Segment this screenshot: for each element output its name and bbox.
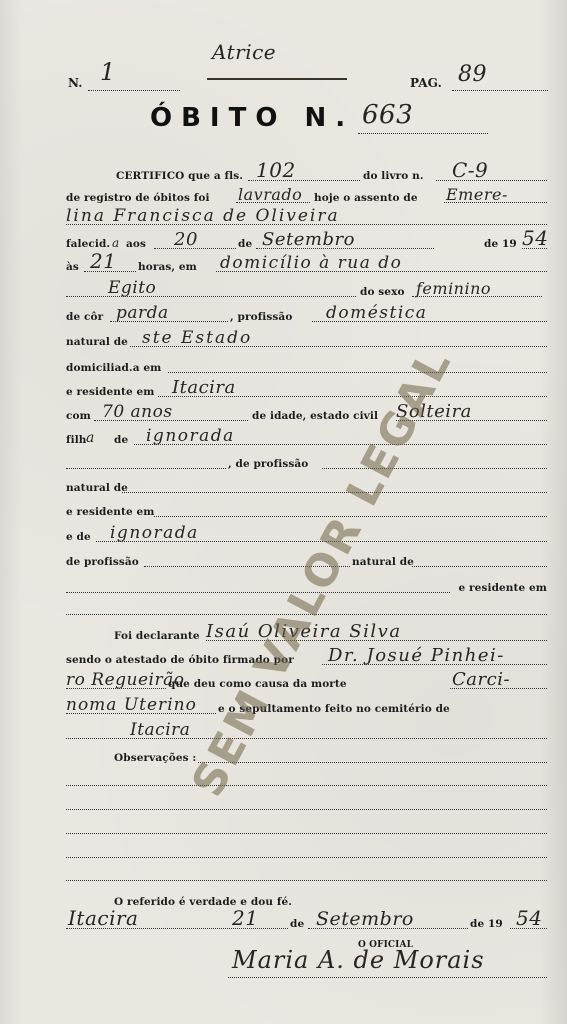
father-value: ignorada — [146, 426, 235, 446]
line-fls-livro: CERTIFICO que a fls. 102 do livro n. C-9 — [66, 164, 547, 184]
line-residente-pai: e residente em — [66, 500, 547, 520]
closing-year: 54 — [516, 906, 542, 930]
declarante-label: Foi declarante — [114, 630, 200, 642]
blank-dots — [66, 614, 547, 615]
line-natural: natural de ste Estado — [66, 330, 547, 350]
atestado-label: sendo o atestado de óbito firmado por — [66, 654, 294, 666]
causa-start: Carci- — [452, 669, 510, 690]
line-mae: e de ignorada — [66, 525, 547, 545]
number-dots — [88, 90, 180, 91]
age-value: 70 anos — [102, 402, 173, 422]
filha-de-label: de — [114, 434, 128, 446]
registro-label: de registro de óbitos foi — [66, 192, 210, 204]
falecida-suffix: a — [112, 236, 120, 250]
mae-label: e de — [66, 531, 91, 543]
line-residente: e residente em Itacira — [66, 380, 547, 400]
page-value: 89 — [458, 62, 487, 87]
causa-cont: noma Uterino — [66, 695, 197, 715]
profissao-pai-dots — [322, 468, 547, 469]
death-month: Setembro — [262, 229, 355, 250]
obito-dots — [358, 133, 488, 134]
obs-dots-2 — [66, 809, 547, 810]
observacoes-dots — [198, 762, 547, 763]
observacoes-label: Observações : — [114, 752, 196, 764]
civil-value: Solteira — [396, 401, 472, 422]
page-dots — [452, 90, 548, 91]
signature-dots — [228, 977, 547, 978]
livro-value: C-9 — [452, 158, 488, 182]
de-label: de — [238, 238, 252, 250]
line-name: lina Francisca de Oliveira — [66, 208, 547, 228]
residente-value: Itacira — [172, 377, 236, 398]
closing-day: 21 — [232, 906, 258, 930]
number-label: N. — [68, 76, 83, 90]
horas-label: horas, em — [138, 261, 197, 273]
line-sexo: Egito do sexo feminino — [66, 280, 547, 300]
domiciliada-label: domiciliad.a em — [66, 362, 161, 374]
obito-number: 663 — [362, 100, 413, 130]
filha-suffix: a — [86, 430, 95, 446]
aos-label: aos — [126, 238, 146, 250]
line-causa: ro Regueirão que deu como causa da morte… — [66, 672, 547, 692]
line-observacoes: Observações : — [66, 746, 547, 766]
physician-value: Dr. Josué Pinhei- — [328, 645, 505, 666]
line-closing-date: Itacira 21 de Setembro de 19 54 — [66, 912, 547, 932]
line-cemiterio: Itacira — [66, 722, 547, 742]
declarante-value: Isaú Oliveira Silva — [206, 621, 402, 642]
as-label: às — [66, 261, 79, 273]
line-idade: com 70 anos de idade, estado civil Solte… — [66, 404, 547, 424]
line-profissao-mae: de profissão natural de — [66, 550, 547, 570]
deceased-name: lina Francisca de Oliveira — [66, 206, 340, 226]
line-profissao-pai: , de profissão — [66, 452, 547, 472]
cemiterio-value: Itacira — [130, 720, 190, 740]
death-year: 54 — [522, 226, 548, 250]
closing-year-label: de 19 — [470, 918, 503, 930]
causa-label: que deu como causa da morte — [168, 678, 347, 690]
natural-pai-dots — [122, 492, 547, 493]
number-value: 1 — [100, 58, 116, 86]
idade-label: de idade, estado civil — [252, 410, 378, 422]
official-signature: Maria A. de Morais — [232, 946, 485, 974]
obs-dots-3 — [66, 833, 547, 834]
sexo-label: do sexo — [360, 286, 405, 298]
line-obs-4 — [66, 841, 547, 861]
sepultamento-label: e o sepultamento feito no cemitério de — [218, 703, 450, 715]
death-place-cont: Egito — [108, 278, 156, 298]
closing-month: Setembro — [316, 908, 414, 930]
sexo-value: feminino — [416, 279, 491, 298]
profissao-mae-dots — [144, 566, 350, 567]
death-certificate-page: Atrice N. 1 PAG. 89 ÓBITO N. 663 CERTIFI… — [0, 0, 567, 1024]
line-domiciliada: domiciliad.a em — [66, 356, 547, 376]
line-filha: filh a de ignorada — [66, 428, 547, 448]
obs-dots-5 — [66, 880, 547, 881]
line-declarante: Foi declarante Isaú Oliveira Silva — [66, 624, 547, 644]
line-registro: de registro de óbitos foi lavrado hoje o… — [66, 186, 547, 206]
residente-label: e residente em — [66, 386, 154, 398]
status-value: lavrado — [238, 185, 302, 204]
line-sepultamento: noma Uterino e o sepultamento feito no c… — [66, 697, 547, 717]
certifico-label: CERTIFICO que a fls. — [116, 170, 243, 182]
line-obs-3 — [66, 817, 547, 837]
natural-value: ste Estado — [142, 328, 252, 348]
domiciliada-dots — [168, 372, 547, 373]
book-underline — [207, 78, 347, 80]
line-obs-1 — [66, 769, 547, 789]
line-blank-1 — [66, 598, 547, 618]
natural-label: natural de — [66, 336, 128, 348]
line-cor-profissao: de côr parda , profissão doméstica — [66, 305, 547, 325]
obito-title: ÓBITO N. — [150, 103, 354, 133]
assento-label: hoje o assento de — [314, 192, 418, 204]
residente-pai-dots — [154, 516, 547, 517]
parent-name-dots — [66, 468, 226, 469]
obs-dots-4 — [66, 857, 547, 858]
name-start: Emere- — [446, 185, 508, 204]
closing-statement: O referido é verdade e dou fé. — [114, 896, 292, 908]
fls-value: 102 — [256, 158, 296, 182]
line-atestado: sendo o atestado de óbito firmado por Dr… — [66, 648, 547, 668]
death-place: domicílio à rua do — [220, 253, 402, 273]
profissao-value: doméstica — [326, 303, 427, 323]
natural-mae-dots — [412, 566, 547, 567]
death-hour: 21 — [90, 249, 116, 273]
filha-label: filh — [66, 434, 87, 446]
cor-label: de côr — [66, 311, 103, 323]
physician-cont: ro Regueirão — [66, 670, 184, 690]
natural-mae-label: natural de — [352, 556, 414, 568]
line-obs-5 — [66, 864, 547, 884]
livro-label: do livro n. — [363, 170, 424, 182]
line-residente-mae: e residente em — [66, 576, 547, 596]
line-obs-2 — [66, 793, 547, 813]
residente-mae-label: e residente em — [459, 582, 547, 594]
obs-dots-1 — [66, 785, 547, 786]
line-natural-pai: natural de — [66, 476, 547, 496]
cor-value: parda — [116, 303, 169, 323]
com-label: com — [66, 410, 91, 422]
year-label: de 19 — [484, 238, 517, 250]
line-falecida: falecid. a aos 20 de Setembro de 19 54 — [66, 232, 547, 252]
residente-pai-label: e residente em — [66, 506, 154, 518]
death-day: 20 — [174, 229, 198, 250]
page-label: PAG. — [410, 76, 442, 90]
closing-city: Itacira — [68, 906, 138, 930]
mother-value: ignorada — [110, 523, 199, 543]
profissao-label: , profissão — [230, 311, 292, 323]
profissao-mae-label: de profissão — [66, 556, 139, 568]
closing-de-label: de — [290, 918, 304, 930]
profissao-pai-label: , de profissão — [228, 458, 308, 470]
natural-pai-label: natural de — [66, 482, 128, 494]
residente-mae-dots — [66, 592, 450, 593]
line-horas: às 21 horas, em domicílio à rua do — [66, 255, 547, 275]
book-name-handwritten: Atrice — [212, 40, 276, 64]
